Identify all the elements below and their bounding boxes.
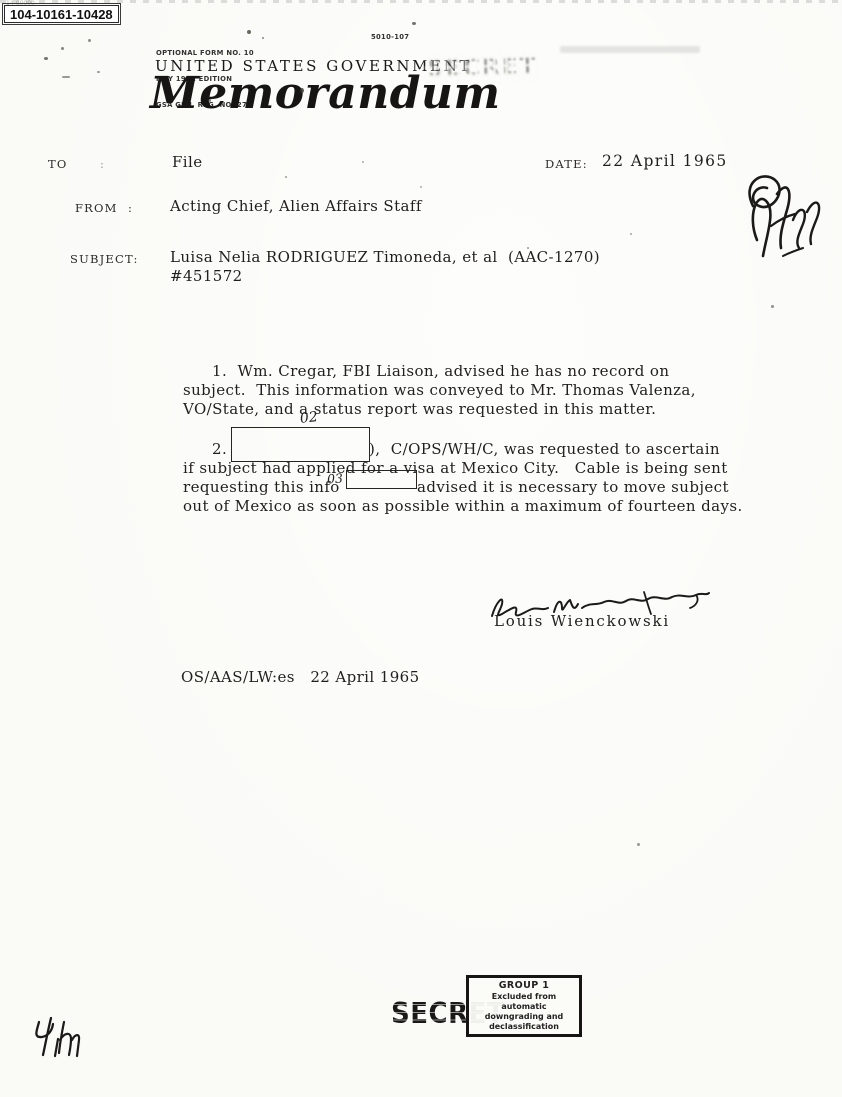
subject-value: Luisa Nelia RODRIGUEZ Timoneda, et al (A… [170,248,600,266]
ink-speck [771,305,774,308]
date-value: 22 April 1965 [602,152,728,170]
record-id-box: 104-10161-10428 [4,5,119,23]
body-p2-number: 2. [212,440,227,458]
group1-line2: downgrading and [471,1011,577,1021]
ink-speck [412,22,416,25]
date-label: DATE: [545,157,588,171]
handwritten-annotation-2: 03 [326,470,343,486]
body-p2-line2: if subject had applied for a visa at Mex… [183,459,728,477]
handwritten-page-mark-icon [25,1012,80,1062]
body-p1-line1: 1. Wm. Cregar, FBI Liaison, advised he h… [212,362,669,380]
body-p2-line4: out of Mexico as soon as possible within… [183,497,743,515]
ink-speck [97,71,100,73]
ink-speck [62,76,70,78]
handwritten-annotation-1: 02 [299,409,319,427]
from-value: Acting Chief, Alien Affairs Staff [170,197,422,215]
from-separator: : [128,201,133,215]
reference-line: OS/AAS/LW:es 22 April 1965 [181,668,420,686]
group1-line1: Excluded from automatic [471,991,577,1011]
body-p2-line1: ), C/OPS/WH/C, was requested to ascertai… [369,440,720,458]
memo-title: Memorandum [150,68,501,119]
ink-speck [208,99,211,102]
ink-speck [247,30,251,34]
body-p2-line3-post: advised it is necessary to move subject [417,478,729,496]
subject-label: SUBJECT: [70,252,139,266]
ink-speck [630,233,632,235]
redaction-box-2 [346,470,417,489]
group1-line3: declassification [471,1021,577,1031]
group1-title: GROUP 1 [469,980,579,991]
ink-speck [362,161,364,163]
to-value: File [172,153,202,171]
form-code: 5010-107 [371,33,409,42]
ink-speck [300,88,304,93]
ink-speck [420,186,422,188]
memo-page: 14-00000 104-10161-10428 OPTIONAL FORM N… [0,0,842,1097]
ink-speck [44,57,48,60]
body-p1-line2: subject. This information was conveyed t… [183,381,696,399]
ink-speck [61,47,64,50]
signature-typed-name: Louis Wienckowski [494,612,670,630]
ink-speck [88,39,91,42]
subject-case-number: #451572 [170,267,243,285]
scan-smudge [560,46,700,53]
ink-speck [637,843,640,846]
from-label: FROM [75,201,118,215]
to-separator: : [100,157,105,171]
ink-speck [285,176,287,178]
initials-scribble-icon [733,168,825,268]
ink-speck [527,247,529,249]
record-id: 104-10161-10428 [10,7,113,22]
body-p1-line3: VO/State, and a status report was reques… [183,400,656,418]
redaction-box-1 [231,427,370,462]
group1-classification-box: GROUP 1 Excluded from automatic downgrad… [466,975,582,1037]
ink-speck [262,37,264,39]
body-p2-line3-pre: requesting this info [183,478,340,496]
to-label: TO [48,157,68,171]
scan-artifact-edge [0,0,842,3]
